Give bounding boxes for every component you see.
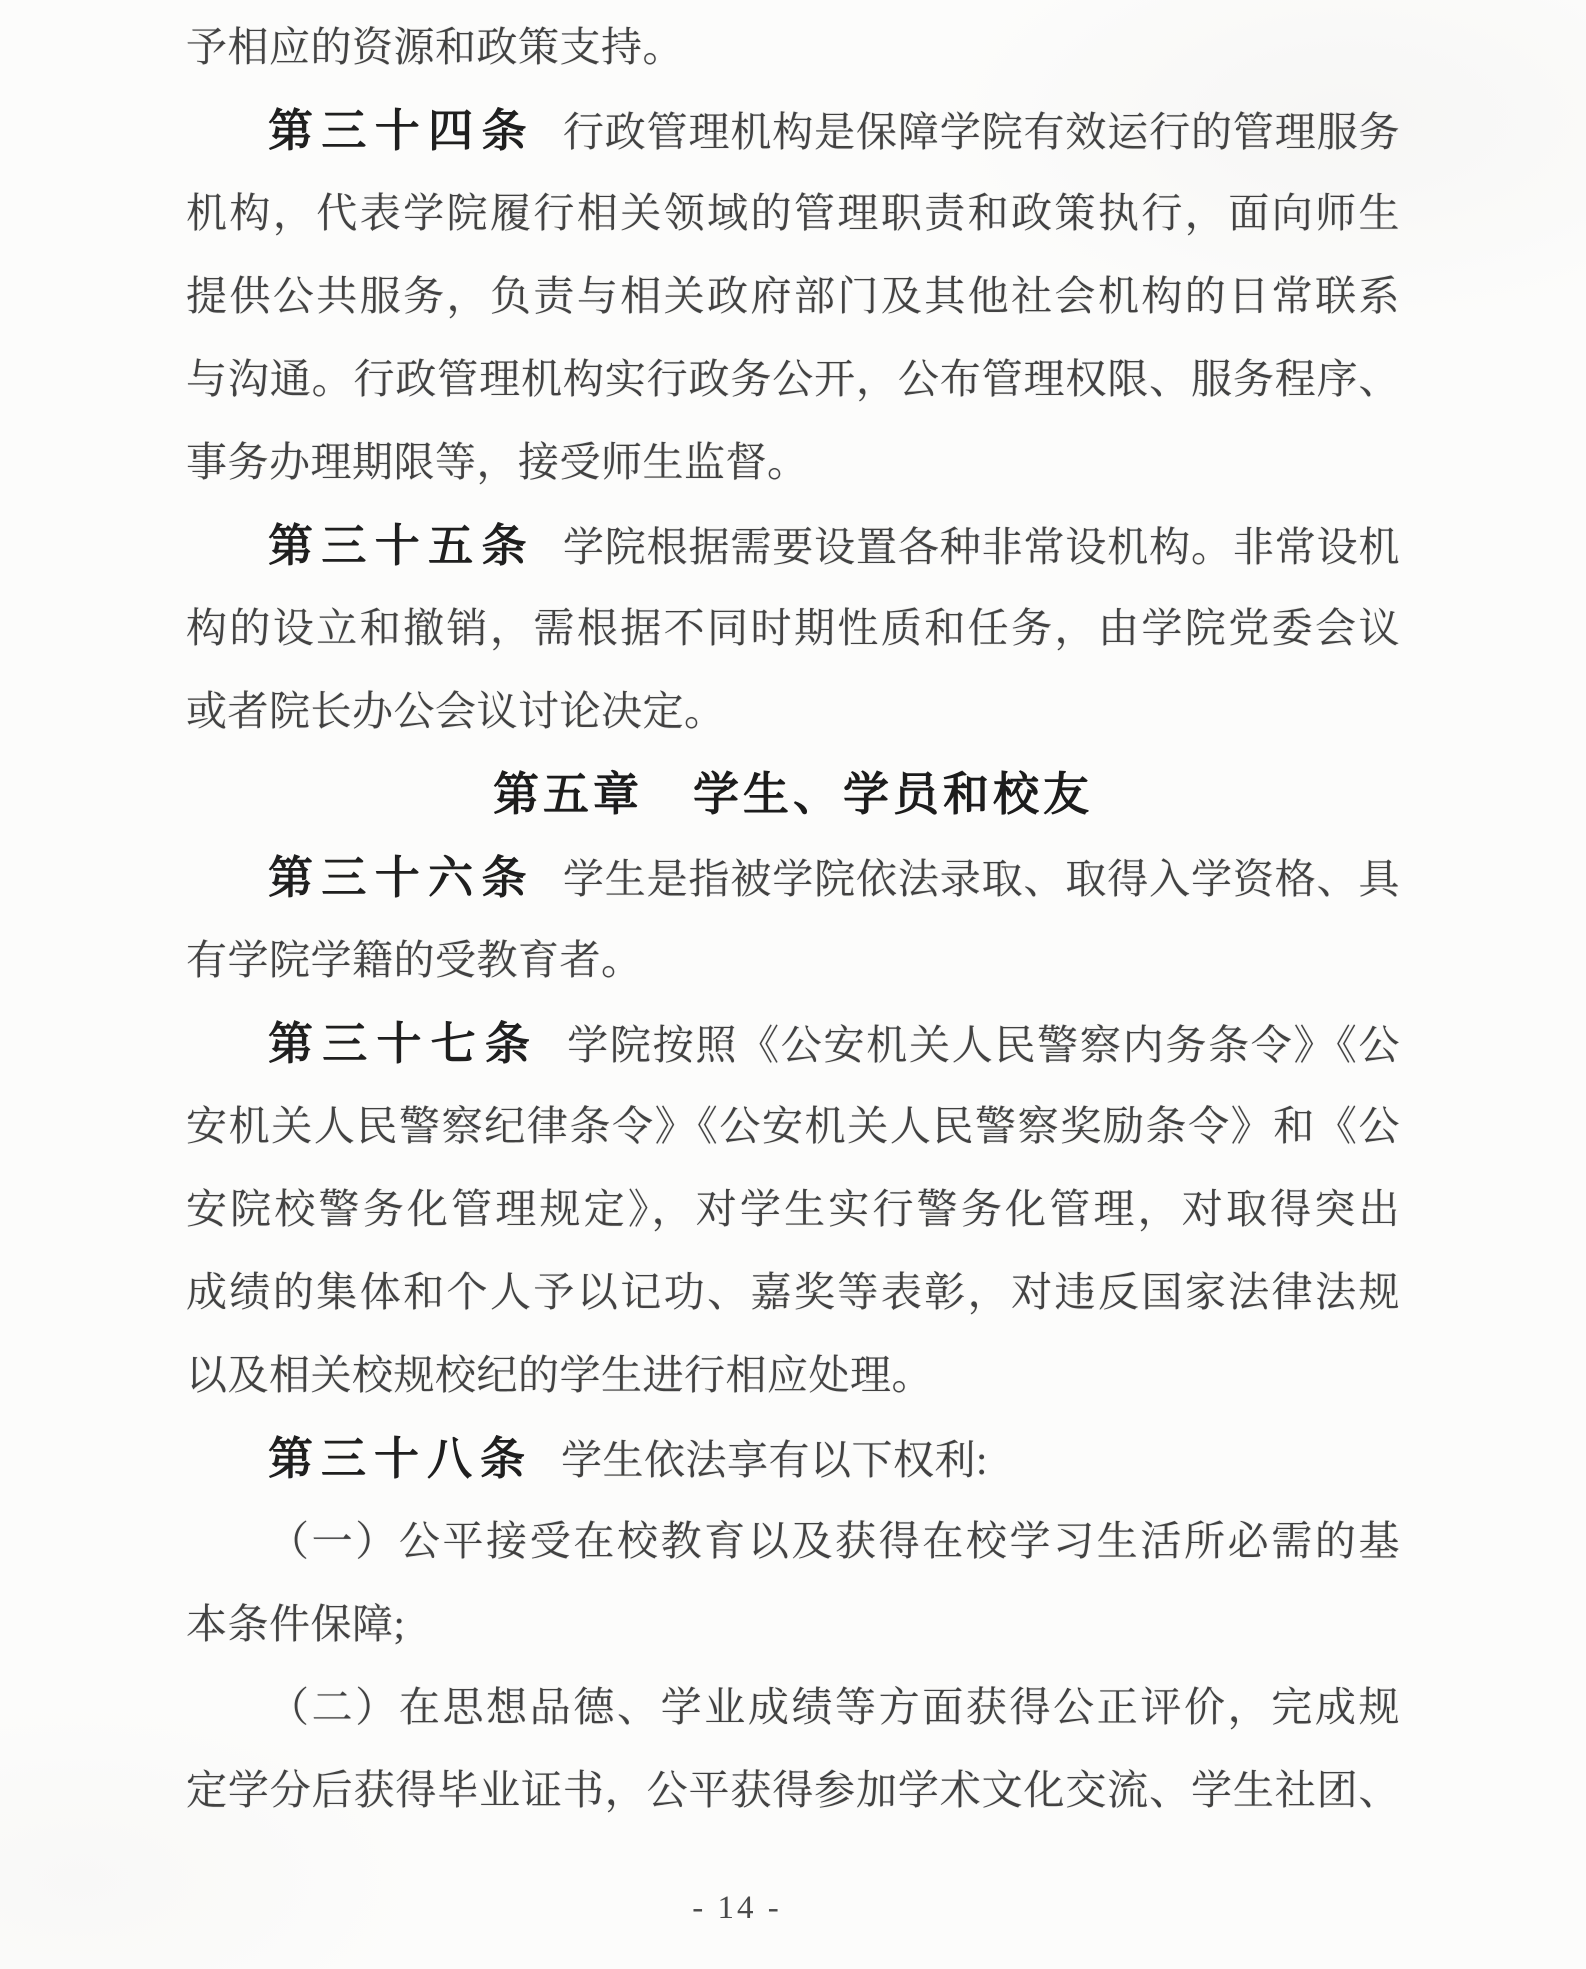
chapter-heading: 第五章 学生、学员和校友 [186,753,1400,836]
text-line: 安院校警务化管理规定》，对学生实行警务化管理，对取得突出 [186,1168,1400,1251]
text-line: 构的设立和撤销，需根据不同时期性质和任务，由学院党委会议 [186,587,1400,670]
text-line: 本条件保障; [186,1583,1400,1666]
line-text: 学院按照《公安机关人民警察内务条令》《公 [567,1022,1400,1068]
line-text: 安机关人民警察纪律条令》《公安机关人民警察奖励条令》和《公 [186,1103,1400,1149]
line-text: 事务办理期限等，接受师生监督。 [186,439,809,485]
line-text: 本条件保障; [186,1601,405,1647]
line-text: 有学院学籍的受教育者。 [186,937,643,983]
line-text: 机构，代表学院履行相关领域的管理职责和政策执行，面向师生 [186,190,1400,236]
article-number-lead: 第三十八条 [268,1433,533,1484]
line-text: 定学分后获得毕业证书，公平获得参加学术文化交流、学生社团、 [186,1767,1400,1813]
article-number-lead: 第三十五条 [268,520,535,571]
text-line: 予相应的资源和政策支持。 [186,6,1400,89]
line-text: 予相应的资源和政策支持。 [186,24,684,70]
page-number: - 14 - [637,1890,837,1927]
line-text: 或者院长办公会议讨论决定。 [186,688,726,734]
document-page: 予相应的资源和政策支持。 第三十四条行政管理机构是保障学院有效运行的管理服务 机… [186,6,1400,1832]
text-line: 定学分后获得毕业证书，公平获得参加学术文化交流、学生社团、 [186,1749,1400,1832]
line-text: 学生依法享有以下权利: [561,1437,988,1483]
line-text: 行政管理机构是保障学院有效运行的管理服务 [563,109,1400,155]
text-line: （二）在思想品德、学业成绩等方面获得公正评价，完成规 [186,1666,1400,1749]
text-line: 以及相关校规校纪的学生进行相应处理。 [186,1334,1400,1417]
article-number-lead: 第三十七条 [268,1018,539,1069]
text-line: 第三十六条学生是指被学院依法录取、取得入学资格、具 [186,836,1400,919]
text-line: 有学院学籍的受教育者。 [186,919,1400,1002]
line-text: 以及相关校规校纪的学生进行相应处理。 [186,1352,933,1398]
text-line: 第三十七条学院按照《公安机关人民警察内务条令》《公 [186,1002,1400,1085]
line-text: 提供公共服务，负责与相关政府部门及其他社会机构的日常联系 [186,273,1400,319]
chapter-heading-text: 第五章 学生、学员和校友 [493,768,1093,820]
text-line: 机构，代表学院履行相关领域的管理职责和政策执行，面向师生 [186,172,1400,255]
text-line: 安机关人民警察纪律条令》《公安机关人民警察奖励条令》和《公 [186,1085,1400,1168]
text-line: 成绩的集体和个人予以记功、嘉奖等表彰，对违反国家法律法规 [186,1251,1400,1334]
line-text: 构的设立和撤销，需根据不同时期性质和任务，由学院党委会议 [186,605,1400,651]
line-text: 安院校警务化管理规定》，对学生实行警务化管理，对取得突出 [186,1186,1400,1232]
text-line: 第三十八条学生依法享有以下权利: [186,1417,1400,1500]
line-text: 成绩的集体和个人予以记功、嘉奖等表彰，对违反国家法律法规 [186,1269,1400,1315]
line-text: （二）在思想品德、学业成绩等方面获得公正评价，完成规 [268,1684,1400,1730]
text-line: 第三十四条行政管理机构是保障学院有效运行的管理服务 [186,89,1400,172]
text-line: 第三十五条学院根据需要设置各种非常设机构。非常设机 [186,504,1400,587]
line-text: 学院根据需要设置各种非常设机构。非常设机 [563,524,1400,570]
line-text: （一）公平接受在校教育以及获得在校学习生活所必需的基 [268,1518,1400,1564]
line-text: 学生是指被学院依法录取、取得入学资格、具 [563,856,1400,902]
article-number-lead: 第三十四条 [268,105,535,156]
text-line: 与沟通。行政管理机构实行政务公开，公布管理权限、服务程序、 [186,338,1400,421]
line-text: 与沟通。行政管理机构实行政务公开，公布管理权限、服务程序、 [186,356,1400,402]
text-line: 或者院长办公会议讨论决定。 [186,670,1400,753]
text-line: 事务办理期限等，接受师生监督。 [186,421,1400,504]
text-line: 提供公共服务，负责与相关政府部门及其他社会机构的日常联系 [186,255,1400,338]
text-line: （一）公平接受在校教育以及获得在校学习生活所必需的基 [186,1500,1400,1583]
article-number-lead: 第三十六条 [268,852,535,903]
